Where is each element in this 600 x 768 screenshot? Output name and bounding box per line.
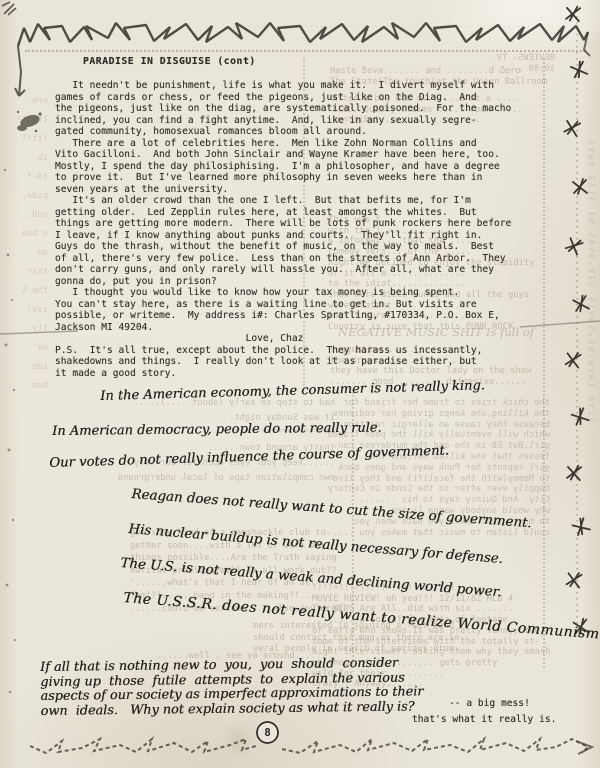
handwritten-closing-paragraph: If all that is nothing new to you, you s… <box>40 656 424 719</box>
page-number: 8 <box>257 722 278 743</box>
typed-annotation-really-is: that's what it really is. <box>412 714 556 725</box>
letter-body: It needn't be punishment, life is what y… <box>55 80 511 379</box>
corner-marks <box>2 2 16 15</box>
bleedthrough-top-line: .... ... ....... ... ..... ......... ...… <box>55 20 555 31</box>
bleedthrough-left-margin: ere. lly;!! !it!* sb- to-* pide, und... … <box>2 92 48 396</box>
zine-page-scan: .... ... ....... ... ..... ......... ...… <box>0 0 600 768</box>
typed-annotation-big-mess: -- a big mess! <box>449 698 530 709</box>
dotted-rule-top <box>25 50 586 52</box>
bleedthrough-sunday-lines: had to stop so early (about ....),.... I… <box>140 396 335 486</box>
bleedthrough-right-margin-vertical: YAMA EVIL IN SWAG*XIO STAKS*ON!MAHT RATS… <box>588 140 599 152</box>
article-title: PARADISE IN DISGUISE (cont) <box>83 56 256 67</box>
bottom-zigzag-border <box>30 739 256 753</box>
dotted-rule-right <box>543 58 545 668</box>
